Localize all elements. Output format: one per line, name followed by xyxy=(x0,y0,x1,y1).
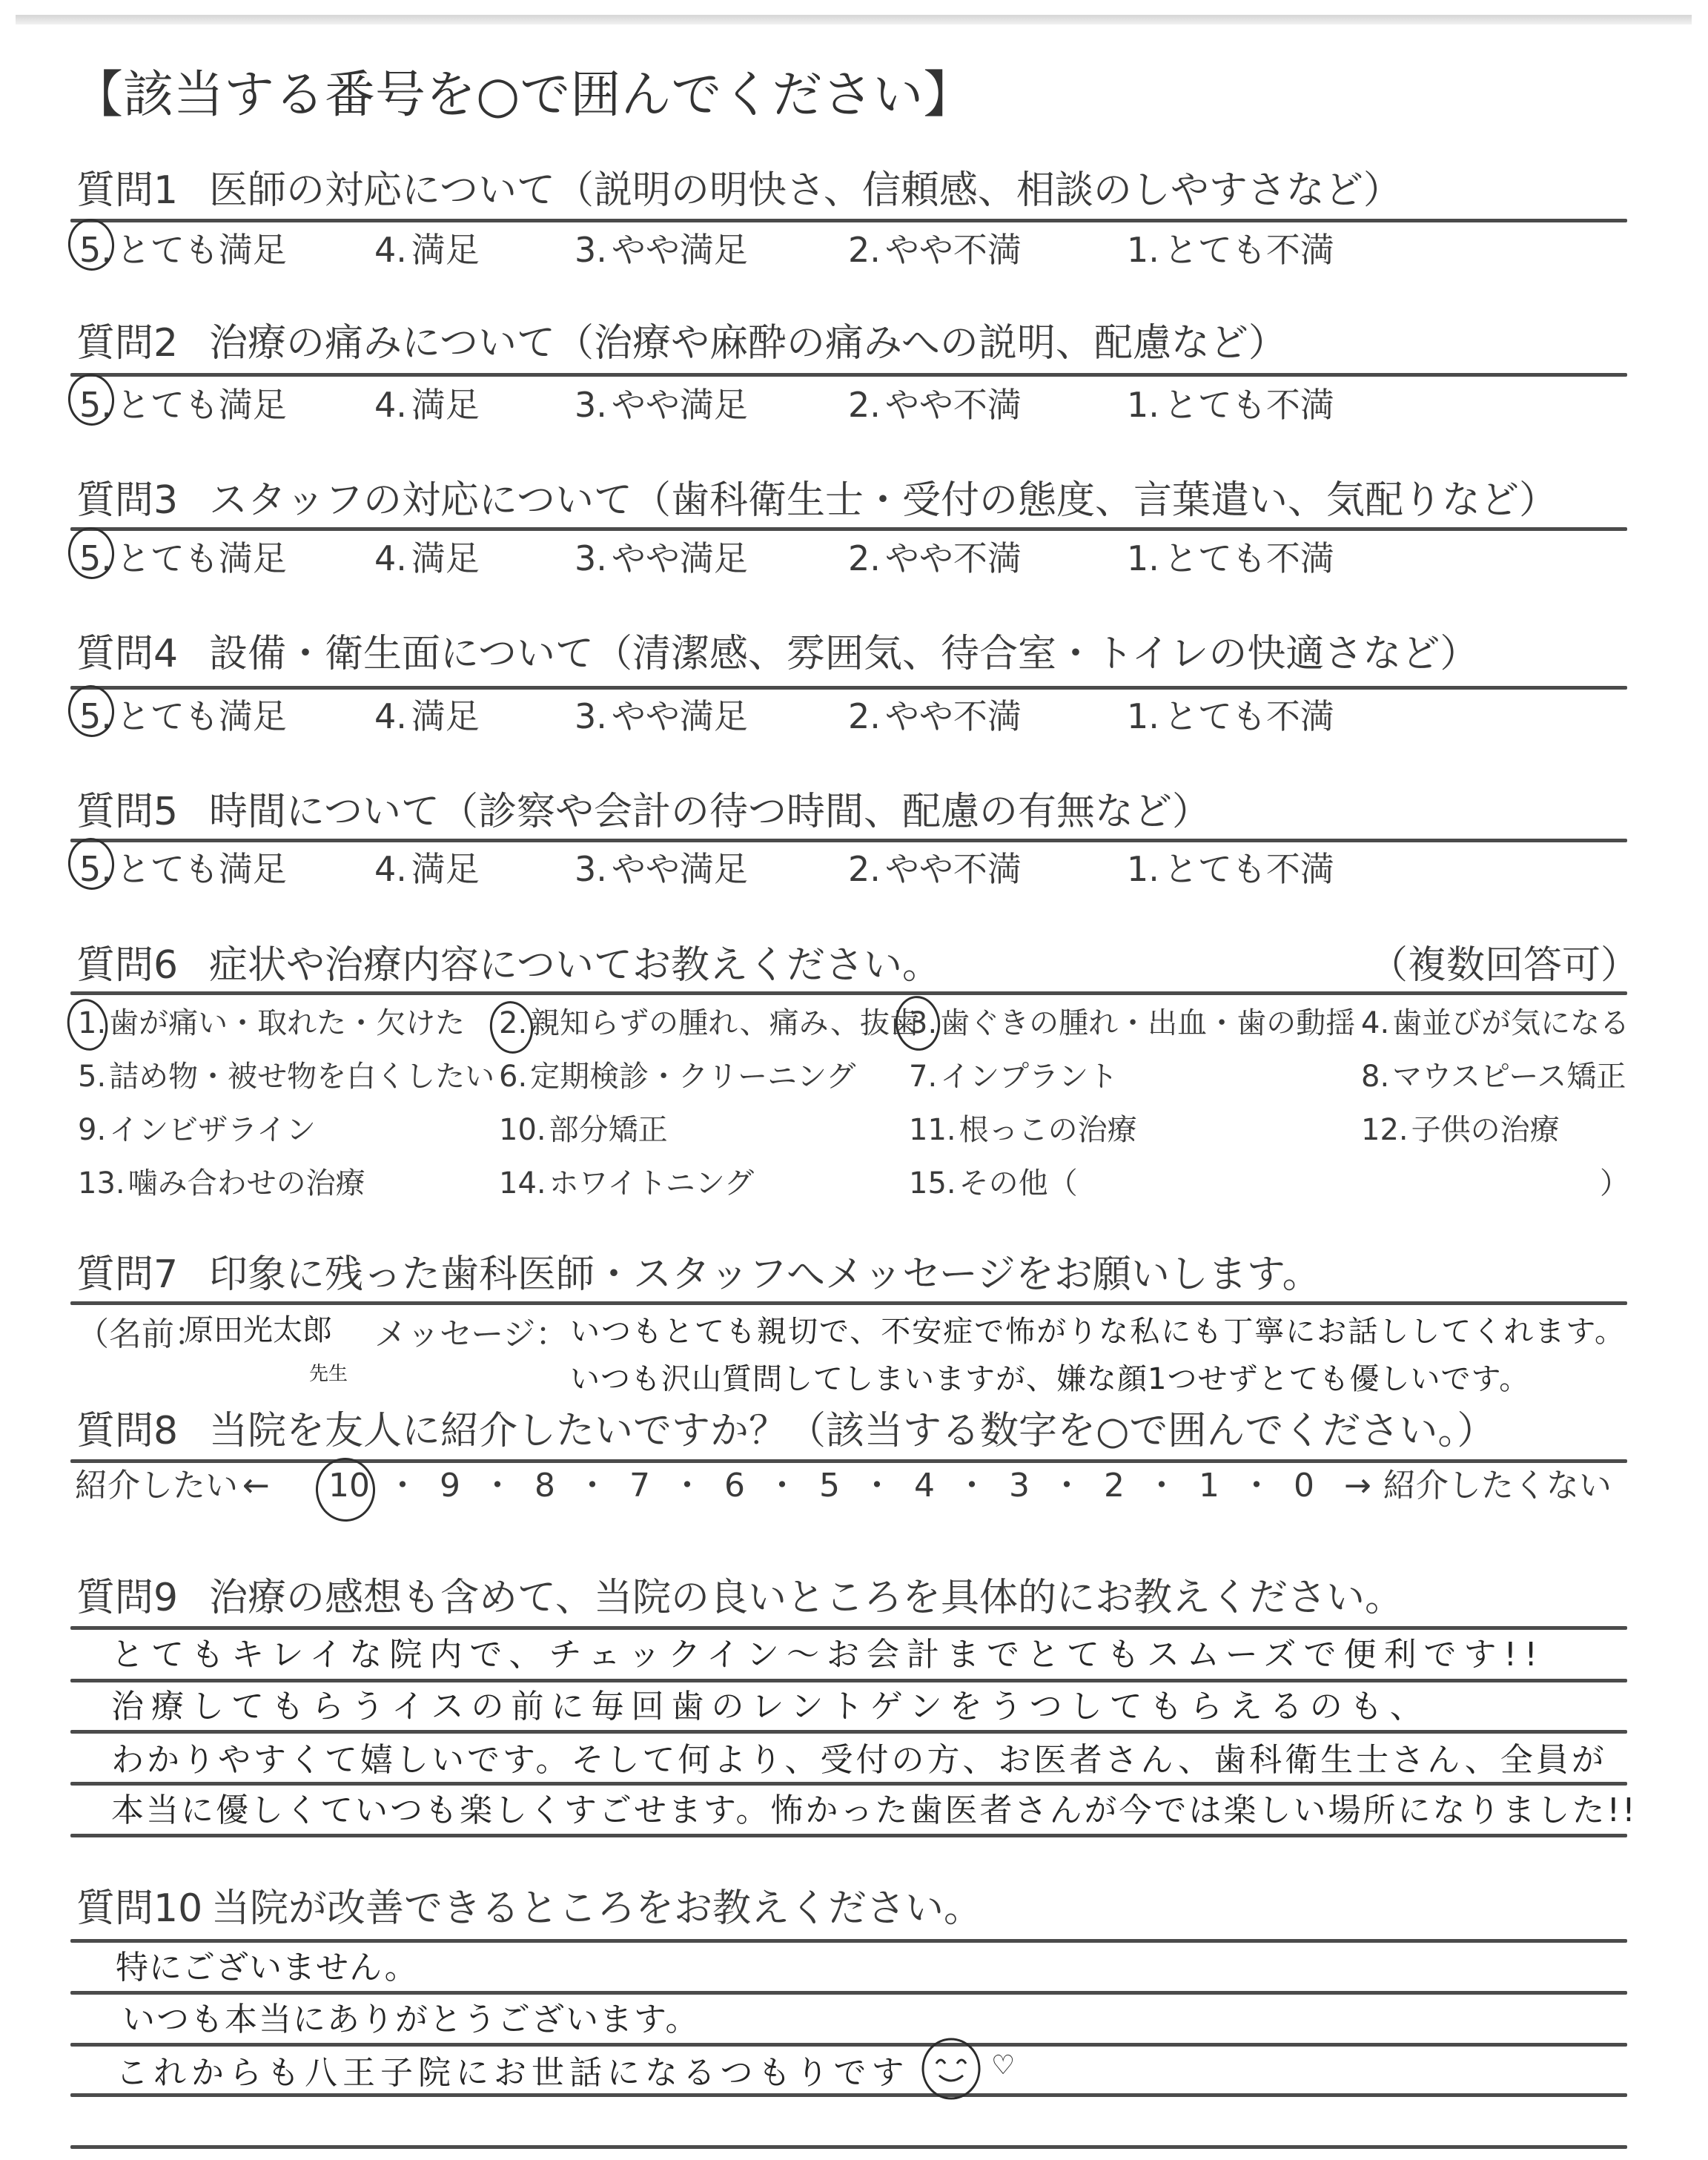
handwritten-staff-name: 原田光太郎 xyxy=(184,1315,332,1345)
q4-option-5: 5.とても満足 xyxy=(79,699,287,733)
page-title: 【該当する番号を○で囲んでください】 xyxy=(73,70,973,121)
q4-option-2: 2.やや不満 xyxy=(848,699,1022,733)
q5-option-1: 1.とても不満 xyxy=(1127,852,1334,886)
question-4-label: 質問4 xyxy=(76,635,178,673)
arrow-left-icon: ← xyxy=(242,1470,320,1502)
handwritten-answer-line: いつも本当にありがとうございます。 xyxy=(122,2004,699,2036)
scale-separator: ・ xyxy=(758,1470,806,1502)
q3-option-3: 3.やや満足 xyxy=(575,541,748,575)
writing-line xyxy=(70,1730,1627,1734)
q3-option-4: 4.満足 xyxy=(374,541,480,575)
scale-separator: ・ xyxy=(569,1470,616,1502)
scale-left-label: 紹介したい xyxy=(75,1470,238,1502)
question-6-text: 症状や治療内容についてお教えください。 xyxy=(209,946,941,985)
divider-rule xyxy=(70,991,1627,995)
scale-value-0: 0 xyxy=(1280,1470,1328,1502)
q1-option-4: 4.満足 xyxy=(374,233,480,267)
hand-drawn-circle xyxy=(893,994,942,1053)
q6-option-9: 9.インビザライン xyxy=(78,1115,316,1145)
handwritten-answer-line: 治療してもらうイスの前に毎回歯のレントゲンをうつしてもらえるのも、 xyxy=(111,1691,1430,1723)
heart-icon: ♡ xyxy=(991,2052,1015,2079)
scale-value-6: 6 xyxy=(711,1470,758,1502)
handwritten-answer-line: 特にございません。 xyxy=(116,1952,418,1984)
handwritten-name-suffix: 先生 xyxy=(309,1364,348,1384)
scale-value-10: 10 xyxy=(320,1470,379,1502)
q1-option-3: 3.やや満足 xyxy=(575,233,748,267)
scale-separator: ・ xyxy=(1138,1470,1185,1502)
scale-value-8: 8 xyxy=(521,1470,569,1502)
q1-option-5: 5.とても満足 xyxy=(79,233,287,267)
divider-rule xyxy=(70,686,1627,690)
q4-option-3: 3.やや満足 xyxy=(575,699,748,733)
q1-option-1: 1.とても不満 xyxy=(1127,233,1334,267)
q6-option-11: 11.根っこの治療 xyxy=(909,1115,1137,1145)
scale-separator: ・ xyxy=(474,1470,521,1502)
q2-option-5: 5.とても満足 xyxy=(79,388,287,422)
q6-option-5: 5.詰め物・被せ物を白くしたい xyxy=(78,1062,494,1091)
recommendation-scale: 紹介したい ← 10 ・ 9 ・ 8 ・ 7 ・ 6 ・ 5 ・ 4 ・ 3 ・… xyxy=(75,1470,1612,1502)
q6-option-12: 12.子供の治療 xyxy=(1361,1115,1560,1145)
scale-separator: ・ xyxy=(853,1470,901,1502)
writing-line xyxy=(70,2093,1627,2097)
writing-line xyxy=(70,2043,1627,2047)
q2-option-2: 2.やや不満 xyxy=(848,388,1022,422)
scale-value-4: 4 xyxy=(901,1470,948,1502)
q1-option-2: 2.やや不満 xyxy=(848,233,1022,267)
q3-option-5: 5.とても満足 xyxy=(79,541,287,575)
scale-value-1: 1 xyxy=(1185,1470,1233,1502)
handwritten-answer-line: わかりやすくて嬉しいです。そして何より、受付の方、お医者さん、歯科衛生士さん、全… xyxy=(111,1744,1607,1777)
question-8-text: 当院を友人に紹介したいですか？（該当する数字を○で囲んでください。） xyxy=(209,1412,1495,1450)
handwritten-answer-line: とてもキレイな院内で、チェックイン〜お会計までとてもスムーズで便利です!! xyxy=(111,1639,1545,1671)
question-1-text: 医師の対応について（説明の明快さ、信頼感、相談のしやすさなど） xyxy=(209,171,1402,210)
question-9-label: 質問9 xyxy=(76,1579,178,1617)
scale-separator: ・ xyxy=(1233,1470,1280,1502)
writing-line xyxy=(70,1834,1627,1837)
q3-option-1: 1.とても不満 xyxy=(1127,541,1334,575)
scale-separator: ・ xyxy=(379,1470,426,1502)
scale-right-label: 紹介したくない xyxy=(1383,1470,1612,1502)
writing-line xyxy=(70,2145,1627,2149)
q5-option-2: 2.やや不満 xyxy=(848,852,1022,886)
q3-option-2: 2.やや不満 xyxy=(848,541,1022,575)
divider-rule xyxy=(70,527,1627,531)
question-3-label: 質問3 xyxy=(76,481,178,520)
question-1-label: 質問1 xyxy=(76,171,178,210)
q6-option-8: 8.マウスピース矯正 xyxy=(1361,1062,1626,1091)
q4-option-4: 4.満足 xyxy=(374,699,480,733)
q5-option-5: 5.とても満足 xyxy=(79,852,287,886)
question-2-text: 治療の痛みについて（治療や麻酔の痛みへの説明、配慮など） xyxy=(209,324,1287,363)
handwritten-answer-line: 本当に優しくていつも楽しくすごせます。怖かった歯医者さんが今では楽しい場所になり… xyxy=(111,1794,1638,1827)
q6-other-close-paren: ） xyxy=(1600,1169,1629,1198)
q4-option-1: 1.とても不満 xyxy=(1127,699,1334,733)
scale-value-9: 9 xyxy=(426,1470,474,1502)
writing-line xyxy=(70,1991,1627,1995)
scan-edge-shadow xyxy=(16,15,1692,24)
scale-separator: ・ xyxy=(663,1470,711,1502)
scale-value-2: 2 xyxy=(1090,1470,1138,1502)
writing-line xyxy=(70,1782,1627,1786)
q2-option-1: 1.とても不満 xyxy=(1127,388,1334,422)
message-label: メッセージ： xyxy=(374,1318,568,1351)
scale-value-5: 5 xyxy=(806,1470,853,1502)
divider-rule xyxy=(70,219,1627,222)
question-5-label: 質問5 xyxy=(76,793,178,831)
q6-option-10: 10.部分矯正 xyxy=(499,1115,668,1145)
question-7-text: 印象に残った歯科医師・スタッフへメッセージをお願いします。 xyxy=(209,1255,1321,1294)
writing-line xyxy=(70,1679,1627,1682)
hand-drawn-circle xyxy=(486,998,536,1056)
q6-option-13: 13.噛み合わせの治療 xyxy=(78,1169,365,1198)
q5-option-3: 3.やや満足 xyxy=(575,852,748,886)
q2-option-4: 4.満足 xyxy=(374,388,480,422)
scale-value-7: 7 xyxy=(616,1470,663,1502)
arrow-right-icon: → xyxy=(1344,1470,1371,1502)
q2-option-3: 3.やや満足 xyxy=(575,388,748,422)
q6-option-1: 1.歯が痛い・取れた・欠けた xyxy=(78,1008,465,1038)
scale-separator: ・ xyxy=(948,1470,996,1502)
q6-option-4: 4.歯並びが気になる xyxy=(1361,1008,1629,1038)
q5-option-4: 4.満足 xyxy=(374,852,480,886)
handwritten-message-line: いつもとても親切で、不安症で怖がりな私にも丁寧にお話ししてくれます。 xyxy=(570,1317,1626,1347)
smiley-face-icon xyxy=(920,2037,983,2100)
q6-option-3: 3.歯ぐきの腫れ・出血・歯の動揺 xyxy=(909,1008,1355,1038)
scale-separator: ・ xyxy=(1043,1470,1090,1502)
divider-rule xyxy=(70,1939,1627,1943)
question-8-label: 質問8 xyxy=(76,1412,178,1450)
divider-rule xyxy=(70,1459,1627,1463)
question-10-text: 当院が改善できるところをお教えください。 xyxy=(211,1889,982,1928)
hand-drawn-circle xyxy=(63,996,111,1054)
scale-value-3: 3 xyxy=(996,1470,1043,1502)
multiple-answers-note: （複数回答可） xyxy=(1369,946,1639,985)
q6-option-14: 14.ホワイトニング xyxy=(499,1169,754,1198)
divider-rule xyxy=(70,1626,1627,1630)
q6-option-7: 7.インプラント xyxy=(909,1062,1118,1091)
question-7-label: 質問7 xyxy=(76,1255,178,1294)
divider-rule xyxy=(70,839,1627,842)
q6-option-6: 6.定期検診・クリーニング xyxy=(499,1062,855,1091)
question-4-text: 設備・衛生面について（清潔感、雰囲気、待合室・トイレの快適さなど） xyxy=(209,635,1478,673)
divider-rule xyxy=(70,373,1627,377)
question-3-text: スタッフの対応について（歯科衛生士・受付の態度、言葉遣い、気配りなど） xyxy=(209,481,1558,520)
question-5-text: 時間について（診察や会計の待つ時間、配慮の有無など） xyxy=(209,793,1211,831)
q6-option-15-other: 15.その他（ xyxy=(909,1169,1078,1198)
question-6-label: 質問6 xyxy=(76,946,178,985)
q6-option-2: 2.親知らずの腫れ、痛み、抜歯 xyxy=(499,1008,919,1038)
handwritten-message-line: いつも沢山質問してしまいますが、嫌な顔1つせずとても優しいです。 xyxy=(570,1364,1529,1394)
divider-rule xyxy=(70,1301,1627,1305)
handwritten-answer-line: これからも八王子院にお世話になるつもりです xyxy=(116,2057,910,2090)
question-2-label: 質問2 xyxy=(76,324,178,363)
question-9-text: 治療の感想も含めて、当院の良いところを具体的にお教えください。 xyxy=(209,1579,1403,1617)
question-10-label: 質問10 xyxy=(76,1889,202,1928)
